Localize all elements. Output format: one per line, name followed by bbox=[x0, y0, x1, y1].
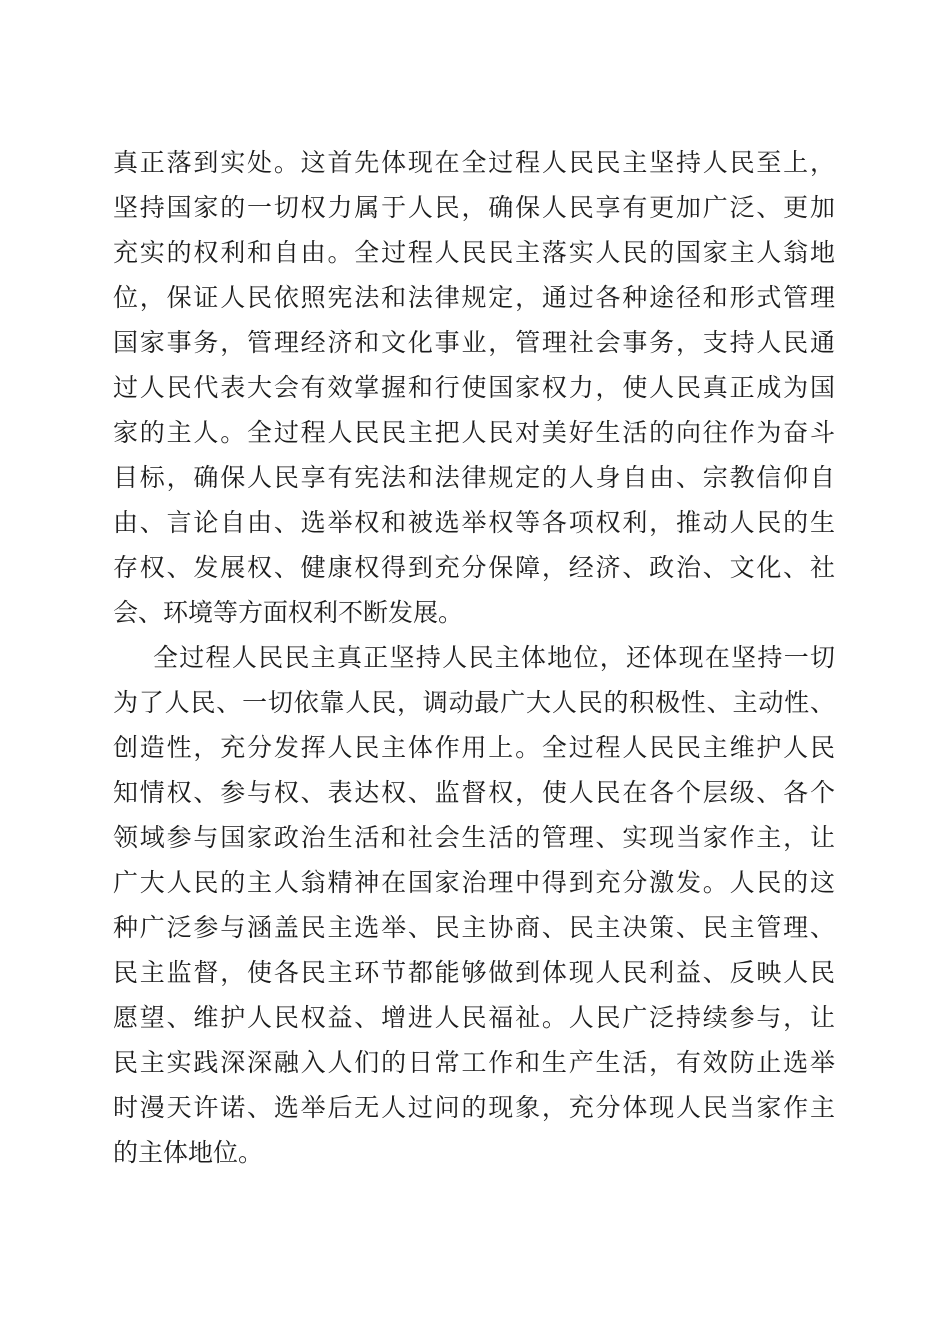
text-line: 坚持国家的一切权力属于人民，确保人民享有更加广泛、更加 bbox=[113, 185, 835, 230]
text-line: 愿望、维护人民权益、增进人民福祉。人民广泛持续参与，让 bbox=[113, 995, 835, 1040]
text-line: 民主实践深深融入人们的日常工作和生产生活，有效防止选举 bbox=[113, 1040, 835, 1085]
text-line: 国家事务，管理经济和文化事业，管理社会事务，支持人民通 bbox=[113, 320, 835, 365]
text-line: 的主体地位。 bbox=[113, 1130, 835, 1175]
text-line: 充实的权利和自由。全过程人民民主落实人民的国家主人翁地 bbox=[113, 230, 835, 275]
paragraph-1: 真正落到实处。这首先体现在全过程人民民主坚持人民至上， 坚持国家的一切权力属于人… bbox=[113, 140, 835, 635]
text-line: 真正落到实处。这首先体现在全过程人民民主坚持人民至上， bbox=[113, 140, 835, 185]
text-line: 种广泛参与涵盖民主选举、民主协商、民主决策、民主管理、 bbox=[113, 905, 835, 950]
text-line: 目标，确保人民享有宪法和法律规定的人身自由、宗教信仰自 bbox=[113, 455, 835, 500]
text-line: 过人民代表大会有效掌握和行使国家权力，使人民真正成为国 bbox=[113, 365, 835, 410]
text-line: 创造性，充分发挥人民主体作用上。全过程人民民主维护人民 bbox=[113, 725, 835, 770]
text-line: 领域参与国家政治生活和社会生活的管理、实现当家作主，让 bbox=[113, 815, 835, 860]
text-line: 位，保证人民依照宪法和法律规定，通过各种途径和形式管理 bbox=[113, 275, 835, 320]
paragraph-2: 全过程人民民主真正坚持人民主体地位，还体现在坚持一切 为了人民、一切依靠人民，调… bbox=[113, 635, 835, 1175]
document-page: 真正落到实处。这首先体现在全过程人民民主坚持人民至上， 坚持国家的一切权力属于人… bbox=[0, 0, 950, 1344]
text-line: 民主监督，使各民主环节都能够做到体现人民利益、反映人民 bbox=[113, 950, 835, 995]
text-line: 全过程人民民主真正坚持人民主体地位，还体现在坚持一切 bbox=[113, 635, 835, 680]
text-line: 广大人民的主人翁精神在国家治理中得到充分激发。人民的这 bbox=[113, 860, 835, 905]
text-line: 由、言论自由、选举权和被选举权等各项权利，推动人民的生 bbox=[113, 500, 835, 545]
text-line: 为了人民、一切依靠人民，调动最广大人民的积极性、主动性、 bbox=[113, 680, 835, 725]
text-line: 家的主人。全过程人民民主把人民对美好生活的向往作为奋斗 bbox=[113, 410, 835, 455]
text-line: 知情权、参与权、表达权、监督权，使人民在各个层级、各个 bbox=[113, 770, 835, 815]
document-body-text: 真正落到实处。这首先体现在全过程人民民主坚持人民至上， 坚持国家的一切权力属于人… bbox=[113, 140, 835, 1175]
text-line: 时漫天许诺、选举后无人过问的现象，充分体现人民当家作主 bbox=[113, 1085, 835, 1130]
text-line: 存权、发展权、健康权得到充分保障，经济、政治、文化、社 bbox=[113, 545, 835, 590]
text-line: 会、环境等方面权利不断发展。 bbox=[113, 590, 835, 635]
